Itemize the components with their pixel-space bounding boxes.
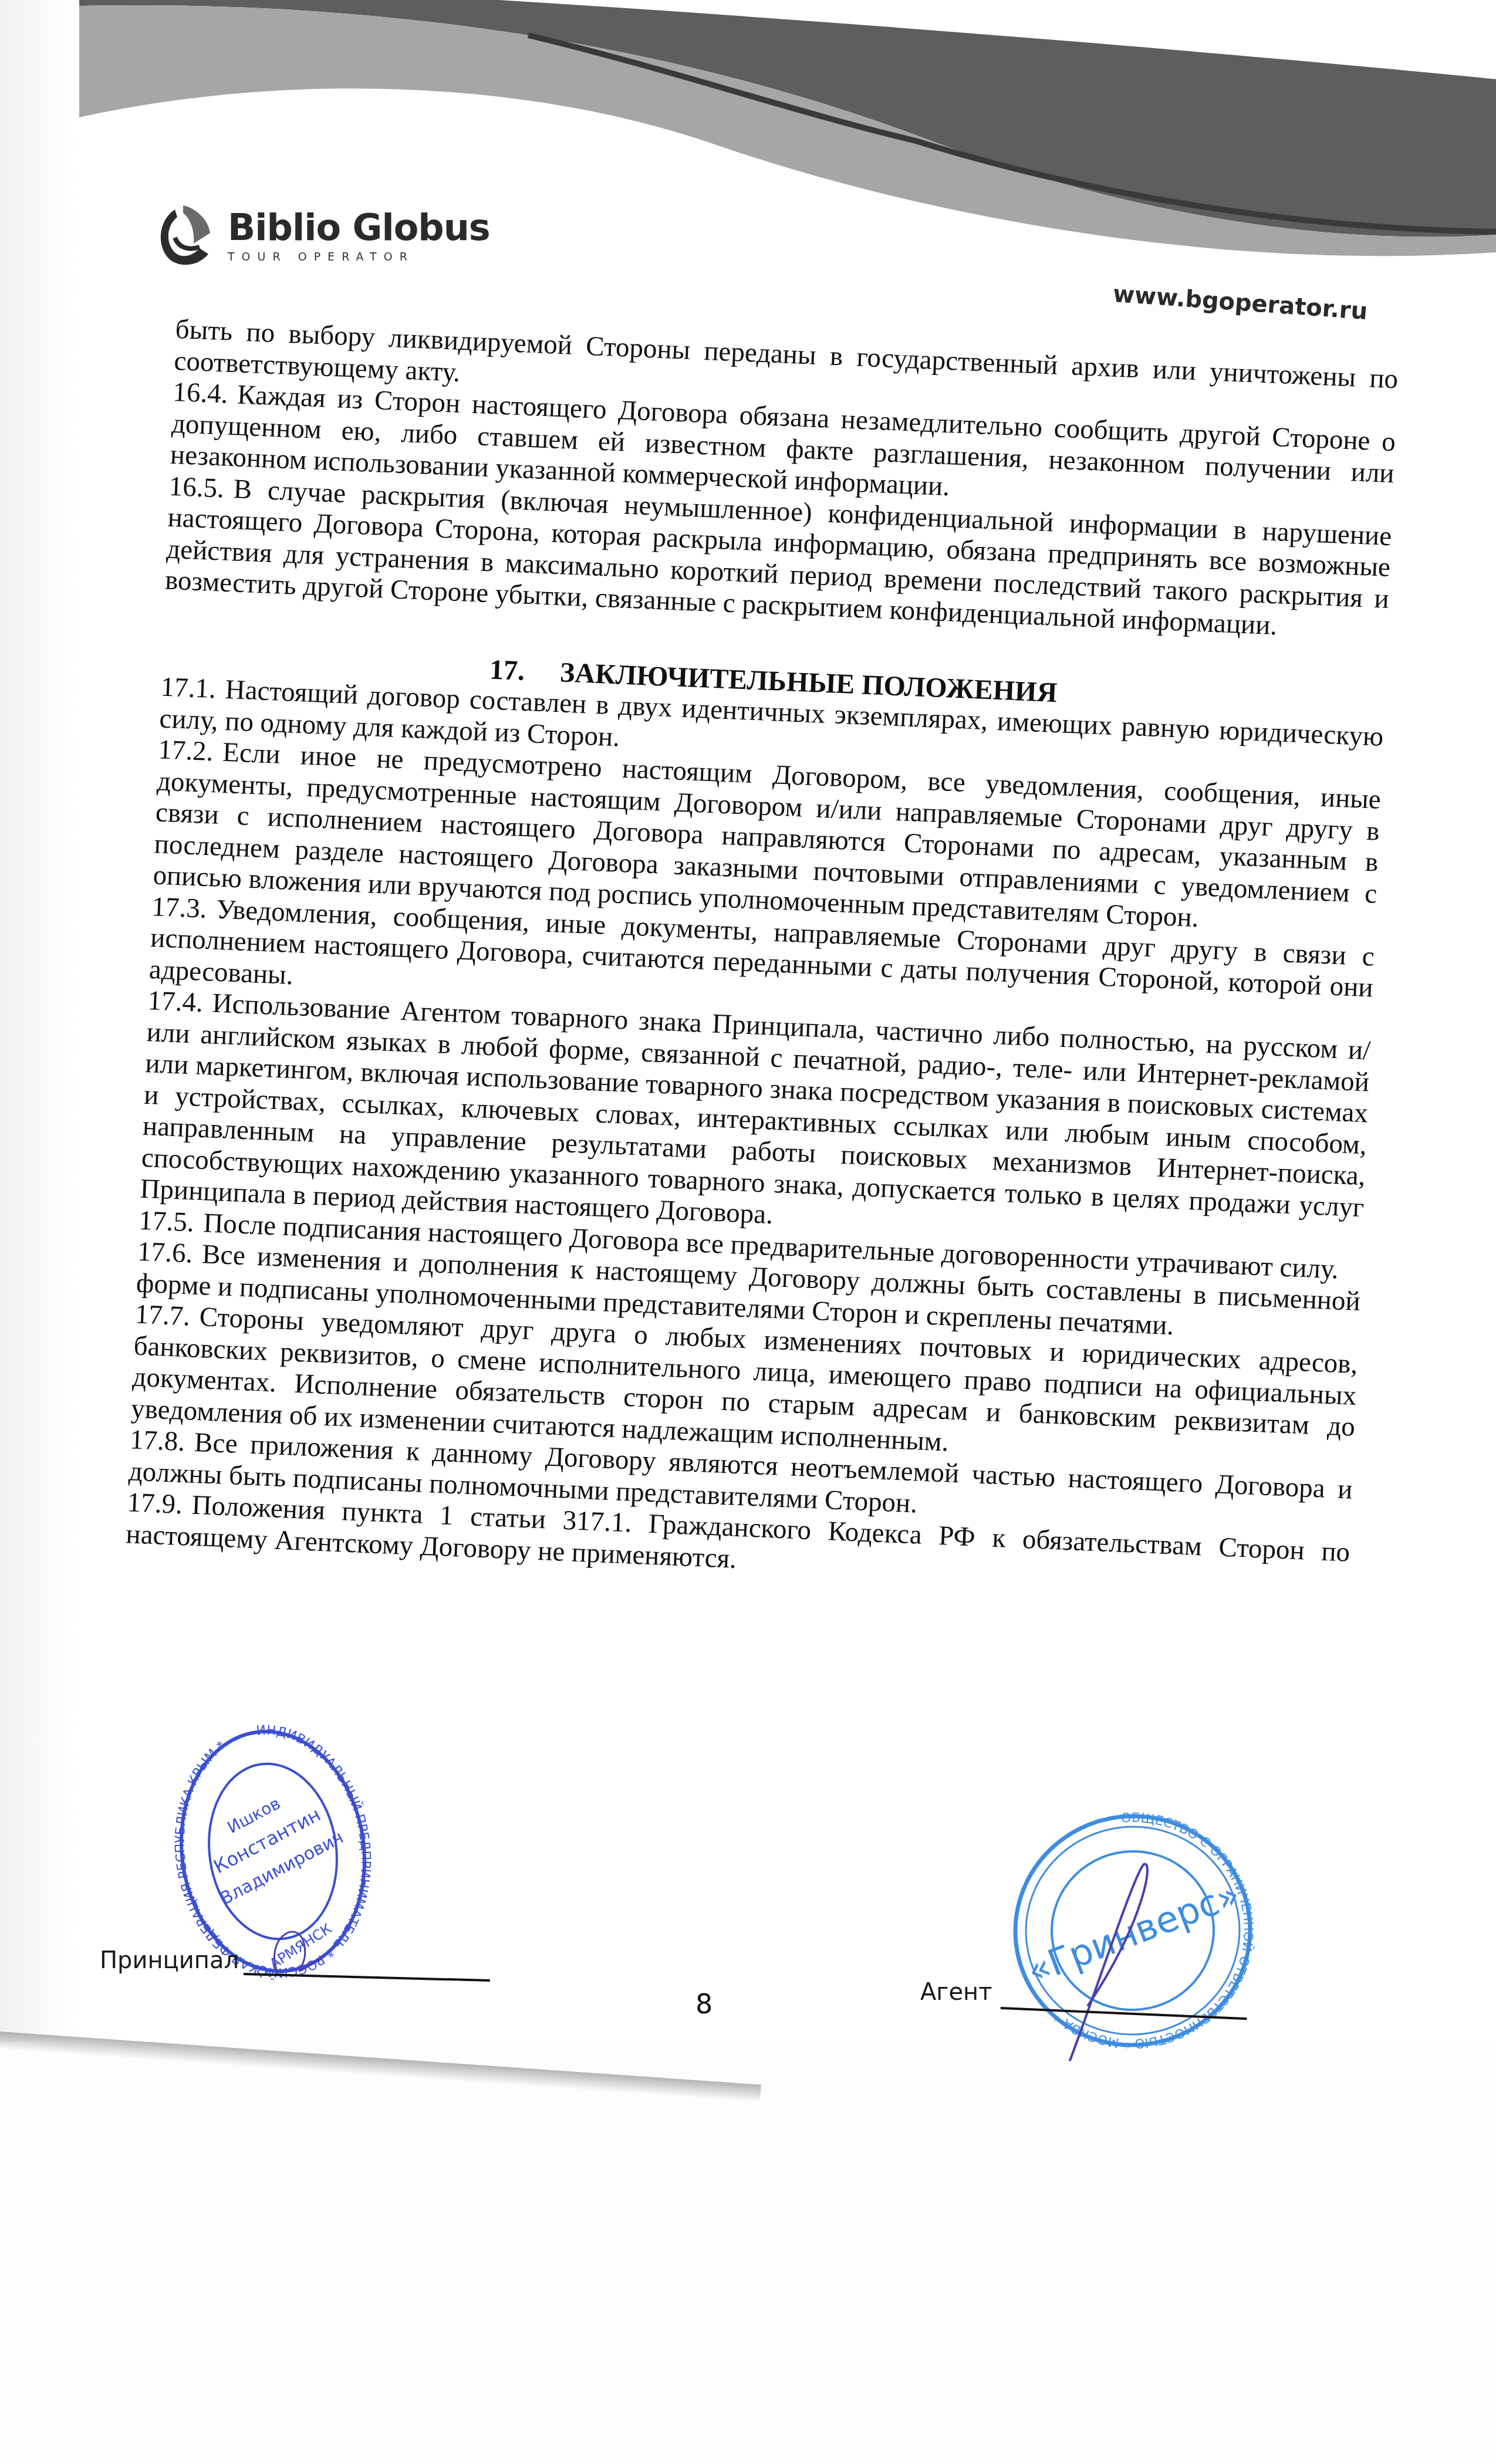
clause-number: 17.3. <box>151 891 217 925</box>
clause-number: 17.8. <box>129 1424 195 1458</box>
logo-subtitle: TOUR OPERATOR <box>228 251 490 263</box>
agent-stamp-name: «Гринверс» <box>1021 1872 1246 1993</box>
page-bottom-shadow <box>0 2032 761 2103</box>
biblio-globus-logo: Biblio Globus TOUR OPERATOR <box>153 202 490 270</box>
section-number: 17. <box>489 654 525 686</box>
clause-number: 17.5. <box>139 1205 204 1239</box>
clause-number: 17.4. <box>147 985 213 1019</box>
scan-edge-shade <box>0 0 76 2042</box>
scanned-page: Biblio Globus TOUR OPERATOR www.bgoperat… <box>0 0 1496 2042</box>
agent-stamp: ОБЩЕСТВО С ОГРАНИЧЕННОЙ ОТВЕТСТВЕННОСТЬЮ… <box>985 1794 1279 2067</box>
clause-number: 17.9. <box>127 1487 193 1521</box>
clause-number: 16.4. <box>172 377 238 411</box>
principal-signature-label: Принципал <box>100 1947 239 1974</box>
clause-number: 17.7. <box>134 1299 200 1333</box>
agent-signature-label: Агент <box>920 1979 992 2006</box>
page-number: 8 <box>695 1988 712 2020</box>
clause-number: 17.1. <box>160 671 226 705</box>
logo-name: Biblio Globus <box>228 209 490 246</box>
clause-number: 16.5. <box>168 471 234 505</box>
globe-book-icon <box>153 202 217 270</box>
clause-number: 17.6. <box>137 1236 202 1270</box>
clause-number: 17.2. <box>157 734 223 768</box>
document-body: быть по выбору ликвидируемой Стороны пер… <box>126 314 1399 1600</box>
